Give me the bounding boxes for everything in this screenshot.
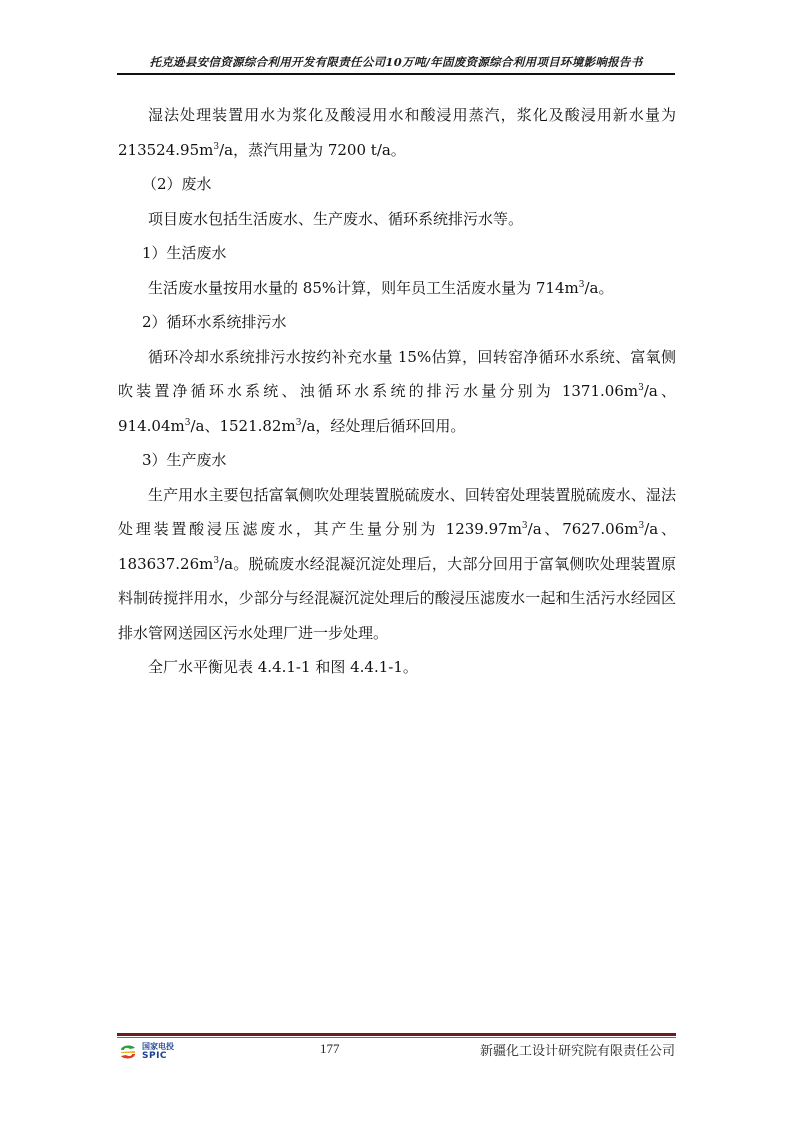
text: /a、7627.06m xyxy=(528,520,639,538)
subsection-title-domestic: 1）生活废水 xyxy=(118,236,676,271)
paragraph-wastewater-intro: 项目废水包括生活废水、生产废水、循环系统排污水等。 xyxy=(118,202,676,237)
subsection-title-production: 3）生产废水 xyxy=(118,443,676,478)
section-title-wastewater: （2）废水 xyxy=(118,167,676,202)
paragraph-domestic-wastewater: 生活废水量按用水量的 85%计算，则年员工生活废水量为 714m3/a。 xyxy=(118,271,676,306)
document-header-title: 托克逊县安信资源综合利用开发有限责任公司10万吨/年固废资源综合利用项目环境影响… xyxy=(117,54,675,70)
spic-logo-icon xyxy=(118,1043,138,1061)
paragraph-production-wastewater: 生产用水主要包括富氧侧吹处理装置脱硫废水、回转窑处理装置脱硫废水、湿法处理装置酸… xyxy=(118,478,676,651)
paragraph-circulating-blowdown: 循环冷却水系统排污水按约补充水量 15%估算，回转窑净循环水系统、富氧侧吹装置净… xyxy=(118,340,676,444)
text: /a。 xyxy=(584,279,613,297)
text: /a、1521.82m xyxy=(190,417,295,435)
text: 生活废水量按用水量的 85%计算，则年员工生活废水量为 714m xyxy=(148,279,579,297)
footer-divider xyxy=(117,1033,676,1036)
text: /a，经处理后循环回用。 xyxy=(301,417,465,435)
footer-divider-thin xyxy=(117,1037,676,1038)
spic-logo: 国家电投 SPIC xyxy=(118,1041,188,1063)
paragraph-wet-process-water: 湿法处理装置用水为浆化及酸浸用水和酸浸用蒸汽，浆化及酸浸用新水量为213524.… xyxy=(118,98,676,167)
header-divider xyxy=(117,73,675,75)
footer-organization: 新疆化工设计研究院有限责任公司 xyxy=(480,1040,675,1059)
document-body: 湿法处理装置用水为浆化及酸浸用水和酸浸用蒸汽，浆化及酸浸用新水量为213524.… xyxy=(118,98,676,685)
text: 循环冷却水系统排污水按约补充水量 15%估算，回转窑净循环水系统、富氧侧吹装置净… xyxy=(118,348,676,401)
page-number: 177 xyxy=(320,1041,340,1057)
value: 213524.95m xyxy=(118,141,213,159)
text: 湿法处理装置用水为浆化及酸浸用水和酸浸用蒸汽，浆化及酸浸用新水量为 xyxy=(148,106,676,124)
text: /a，蒸汽用量为 7200 t/a。 xyxy=(219,141,406,159)
subsection-title-circulating: 2）循环水系统排污水 xyxy=(118,305,676,340)
paragraph-water-balance-reference: 全厂水平衡见表 4.4.1-1 和图 4.4.1-1。 xyxy=(118,650,676,685)
logo-english-text: SPIC xyxy=(142,1051,167,1061)
